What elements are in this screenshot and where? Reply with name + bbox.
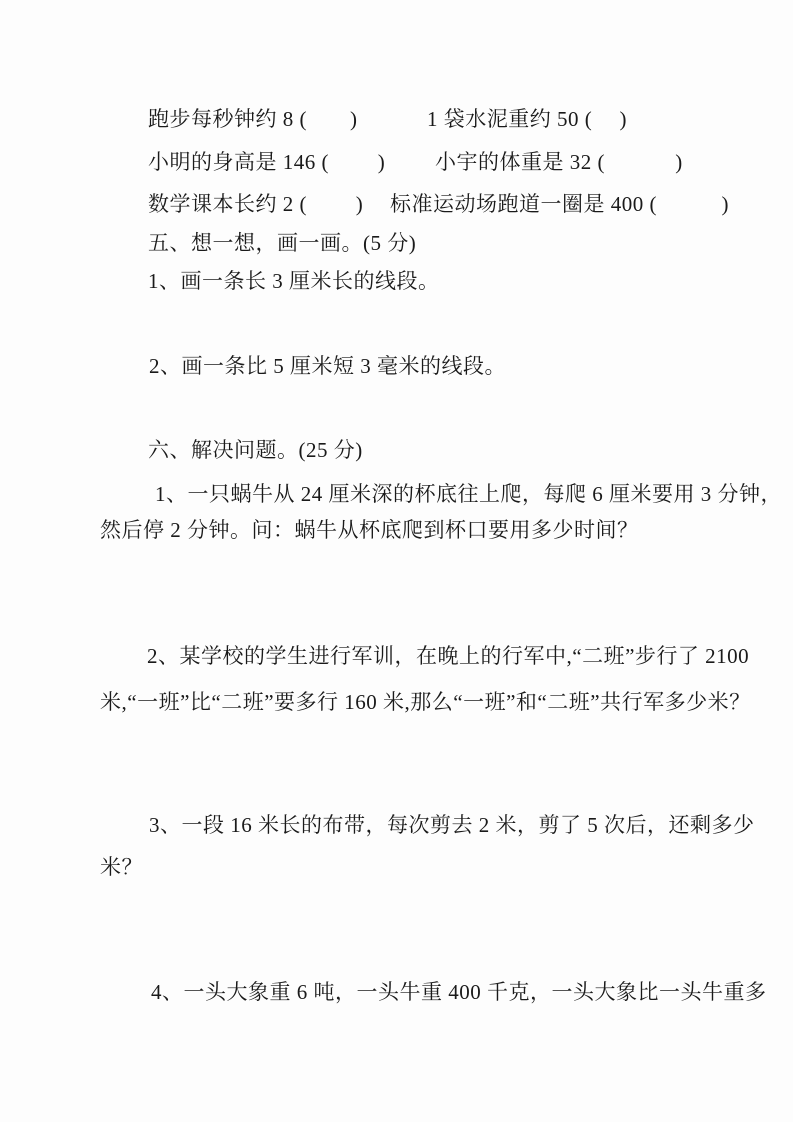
fill-blank-textbook-length: 数学课本长约 2 ( ) [148, 192, 363, 216]
problem-3-line-1: 3、一段 16 米长的布带，每次剪去 2 米，剪了 5 次后，还剩多少 [149, 813, 755, 837]
fill-blank-cement-bag: 1 袋水泥重约 50 ( ) [427, 107, 627, 131]
problem-4-line-1: 4、一头大象重 6 吨，一头牛重 400 千克，一头大象比一头牛重多 [151, 980, 767, 1004]
problem-1-line-1: 1、一只蜗牛从 24 厘米深的杯底往上爬，每爬 6 厘米要用 3 分钟， [155, 482, 782, 506]
problem-2-line-2: 米,“一班”比“二班”要多行 160 米,那么“一班”和“二班”共行军多少米？ [100, 690, 751, 714]
fill-blank-track-lap: 标准运动场跑道一圈是 400 ( ) [390, 192, 729, 216]
problem-2-line-1: 2、某学校的学生进行军训，在晚上的行军中,“二班”步行了 2100 [147, 644, 749, 668]
fill-blank-xiaoyu-weight: 小宇的体重是 32 ( ) [435, 150, 683, 174]
section-five-heading: 五、想一想，画一画。(5 分) [148, 231, 416, 255]
section-five-item-2: 2、画一条比 5 厘米短 3 毫米的线段。 [149, 354, 506, 378]
problem-1-line-2: 然后停 2 分钟。问：蜗牛从杯底爬到杯口要用多少时间？ [100, 518, 639, 542]
section-six-heading: 六、解决问题。(25 分) [148, 438, 363, 462]
problem-3-line-2: 米？ [100, 855, 143, 879]
worksheet-page: 跑步每秒钟约 8 ( ) 1 袋水泥重约 50 ( ) 小明的身高是 146 (… [0, 0, 793, 1122]
fill-blank-running-speed: 跑步每秒钟约 8 ( ) [148, 107, 358, 131]
fill-blank-xiaoming-height: 小明的身高是 146 ( ) [148, 150, 385, 174]
section-five-item-1: 1、画一条长 3 厘米长的线段。 [148, 269, 440, 293]
